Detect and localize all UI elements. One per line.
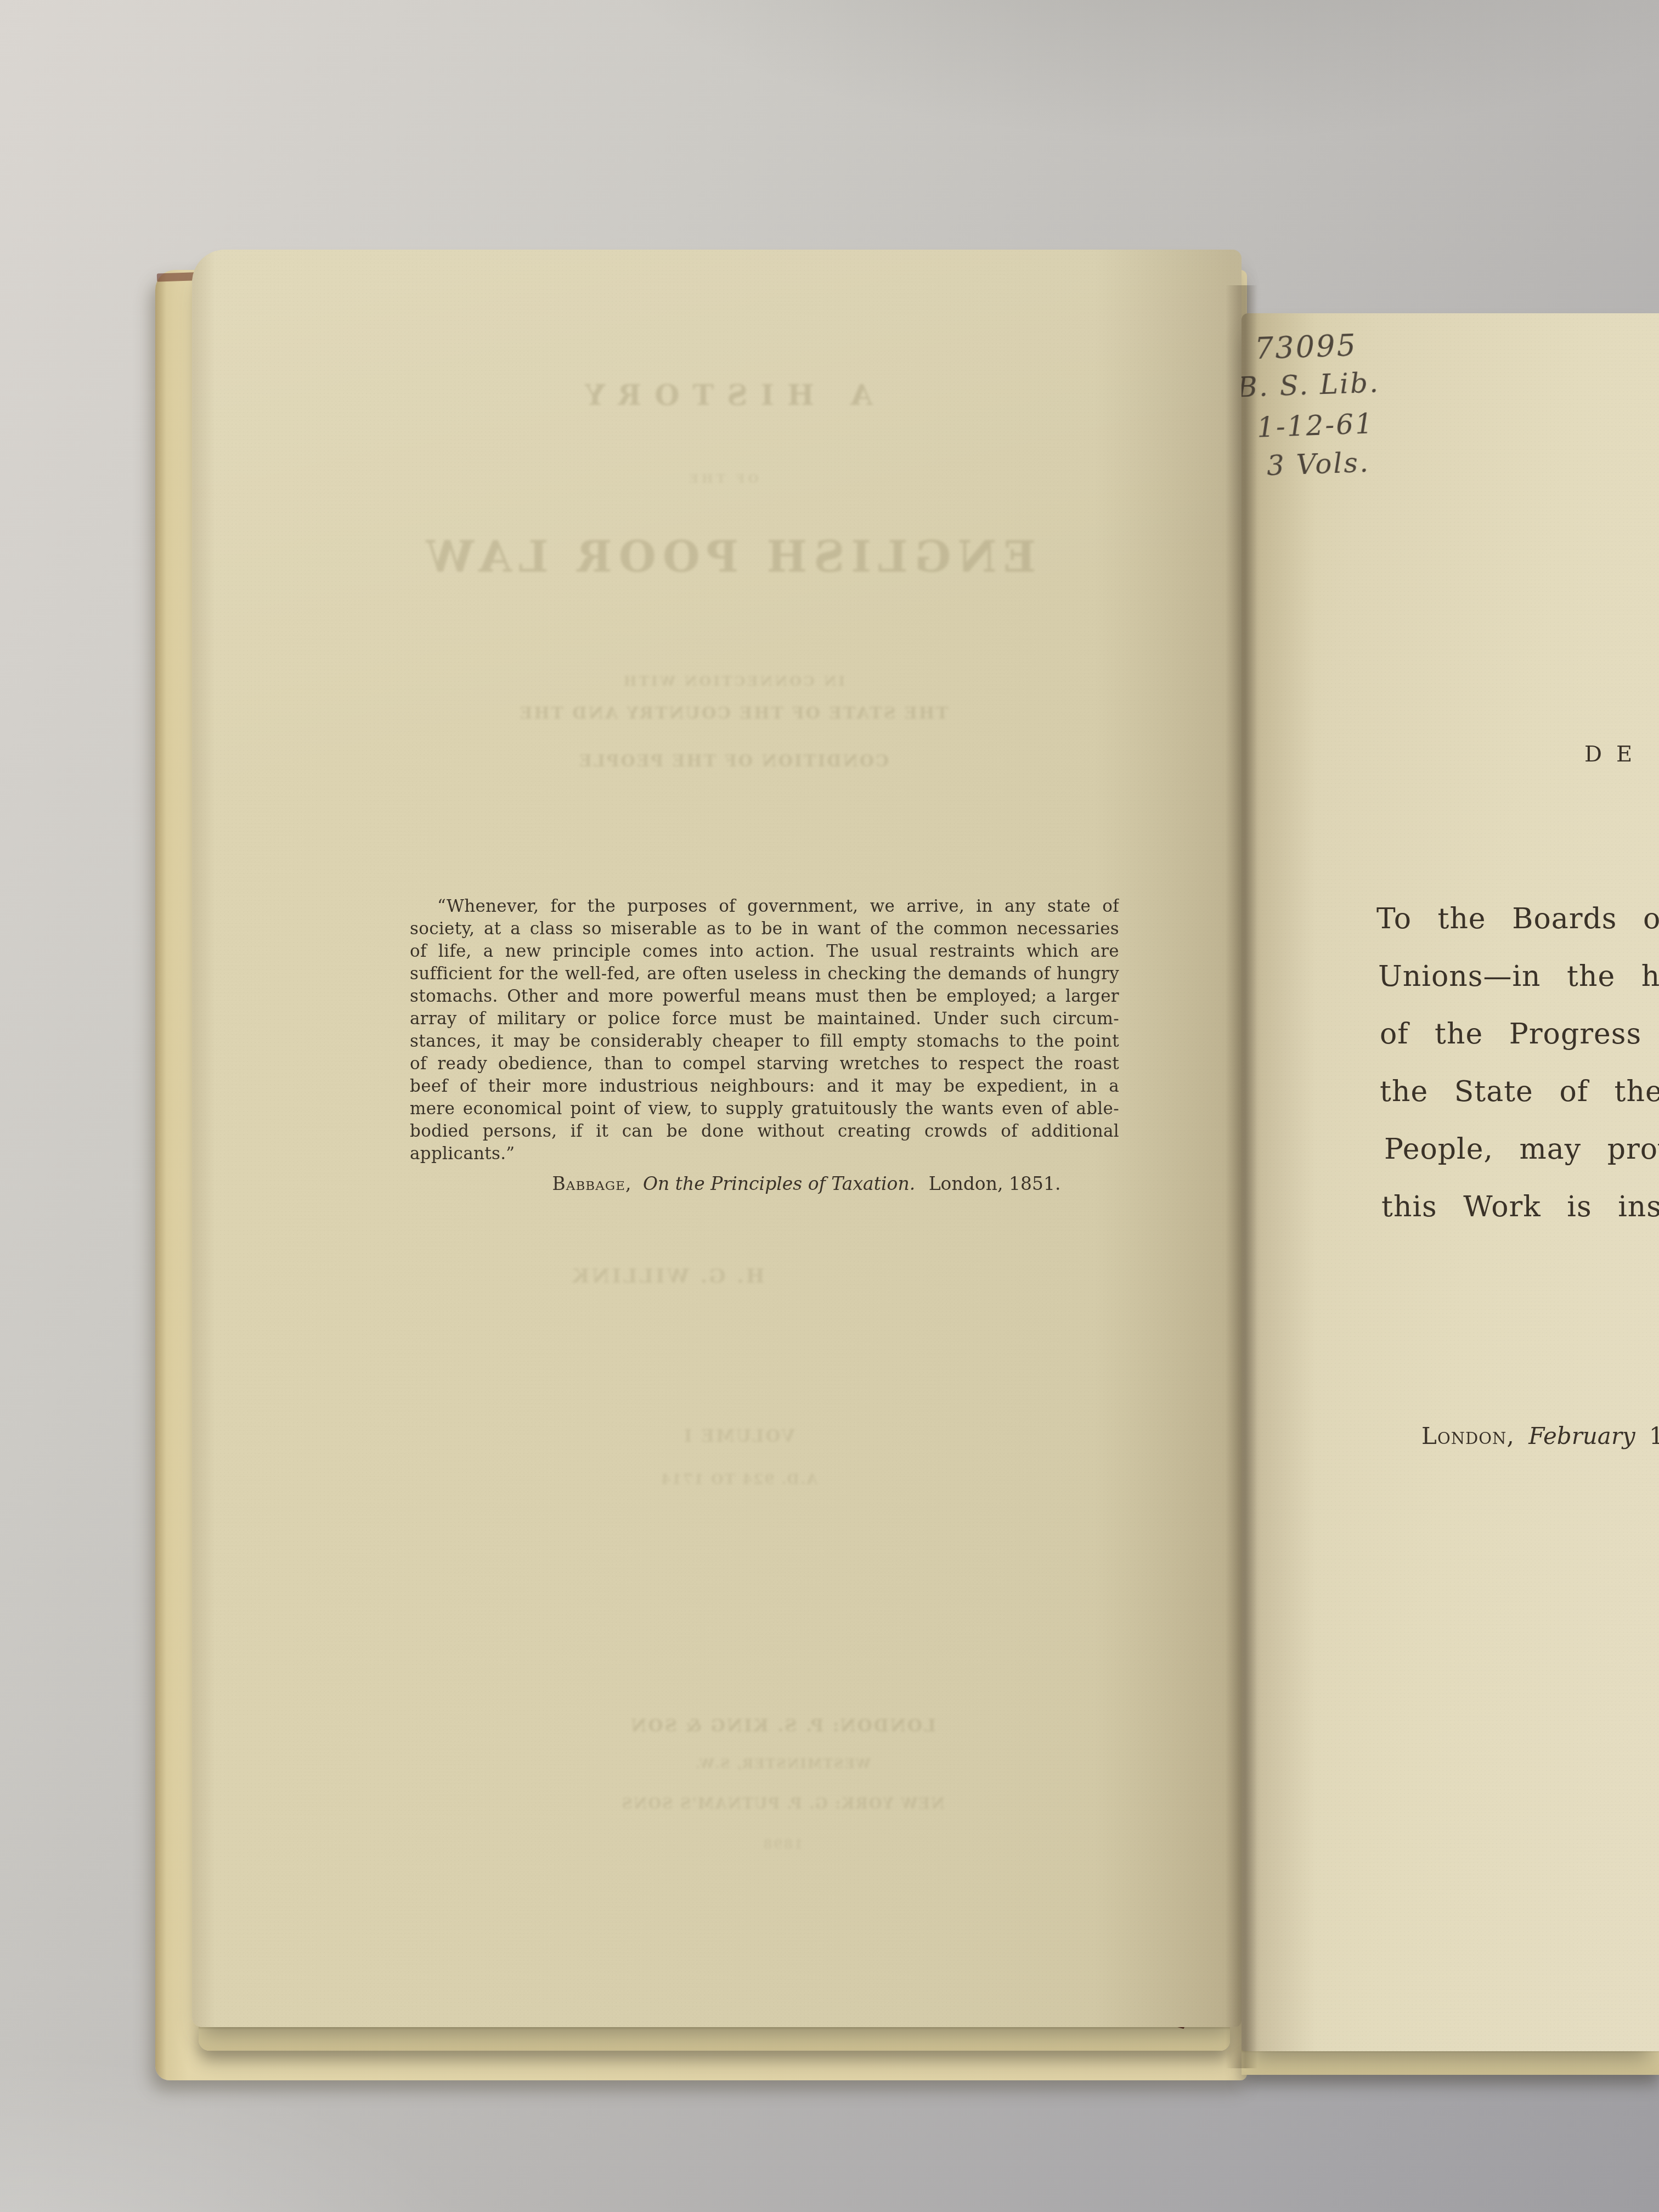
quote-line: stances, it may be considerably cheaper …	[410, 1030, 1119, 1053]
ghost-line: WESTMINSTER, S.W.	[258, 1756, 1242, 1771]
imprint-year: 1860	[1649, 1423, 1659, 1449]
attribution-place-date: London, 1851.	[929, 1173, 1061, 1194]
attribution-title: On the Principles of Taxation.	[643, 1173, 915, 1194]
attribution-author: Babbage,	[552, 1173, 632, 1194]
dedication-line: To the Boards of Gua	[1376, 902, 1659, 935]
ghost-line: ENGLISH POOR LAW	[203, 532, 1242, 582]
ghost-line: 1898	[258, 1836, 1242, 1852]
handwriting-line: 1-12-61	[1256, 408, 1375, 443]
dedication-heading-fragment: DE	[1584, 742, 1646, 767]
quote-line: mere economical point of view, to supply…	[410, 1098, 1119, 1120]
left-page-block-edge	[199, 2023, 1230, 2051]
quote-attribution: Babbage, On the Principles of Taxation. …	[521, 1173, 1092, 1194]
ghost-line: CONDITION OF THE PEOPLE	[208, 752, 1242, 771]
ghost-line: A HISTORY	[198, 379, 1242, 412]
quote-line: bodied persons, if it can be done withou…	[410, 1120, 1119, 1143]
dedication-line: this Work is inscribed	[1381, 1190, 1659, 1223]
dedication-imprint: London, February 1860	[1421, 1423, 1659, 1449]
epigraph-quote: “Whenever, for the purposes of governmen…	[410, 895, 1119, 1165]
right-page: 73095 B. S. Lib. 1-12-61 3 Vols. DE To t…	[1242, 313, 1659, 2051]
quote-line: of life, a new principle comes into acti…	[410, 940, 1119, 963]
handwriting-line: B. S. Lib.	[1242, 366, 1380, 403]
quote-line: sufficient for the well-fed, are often u…	[410, 963, 1119, 985]
ghost-line: IN CONNECTION WITH	[208, 673, 1242, 689]
imprint-month: February	[1528, 1423, 1635, 1449]
quote-line: applicants.”	[410, 1143, 1119, 1165]
ghost-line: THE STATE OF THE COUNTRY AND THE	[208, 704, 1242, 723]
dedication-line: of the Progress of th	[1380, 1018, 1659, 1051]
handwriting-line: 73095	[1254, 328, 1358, 366]
dedication-line: People, may prove use	[1384, 1133, 1659, 1166]
quote-line: society, at a class so miserable as to b…	[410, 918, 1119, 940]
quote-line: “Whenever, for the purposes of governmen…	[410, 895, 1119, 918]
ghost-line: LONDON: P. S. KING & SON	[258, 1716, 1242, 1736]
ghost-line: NEW YORK: G. P. PUTNAM'S SONS	[258, 1796, 1242, 1813]
quote-line: beef of their more industrious neighbour…	[410, 1075, 1119, 1098]
quote-line: of ready obedience, than to compel starv…	[410, 1053, 1119, 1075]
left-page: A HISTORY OF THE ENGLISH POOR LAW IN CON…	[192, 250, 1242, 2027]
quote-line: stomachs. Other and more powerful means …	[410, 985, 1119, 1008]
handwriting-line: 3 Vols.	[1266, 447, 1370, 482]
ghost-line: H. G. WILLINK	[192, 1265, 1192, 1288]
quote-line: array of military or police force must b…	[410, 1008, 1119, 1030]
dedication-line: the State of the Co	[1380, 1075, 1659, 1108]
book-photo: { "photo": { "background_top_left": "#da…	[0, 0, 1659, 2212]
ghost-line: VOLUME I	[214, 1426, 1242, 1446]
ghost-line: A.D. 924 TO 1714	[214, 1471, 1242, 1488]
imprint-place: London,	[1421, 1423, 1515, 1449]
dedication-line: Unions—in the hope	[1378, 960, 1659, 993]
ghost-line: OF THE	[198, 472, 1242, 486]
